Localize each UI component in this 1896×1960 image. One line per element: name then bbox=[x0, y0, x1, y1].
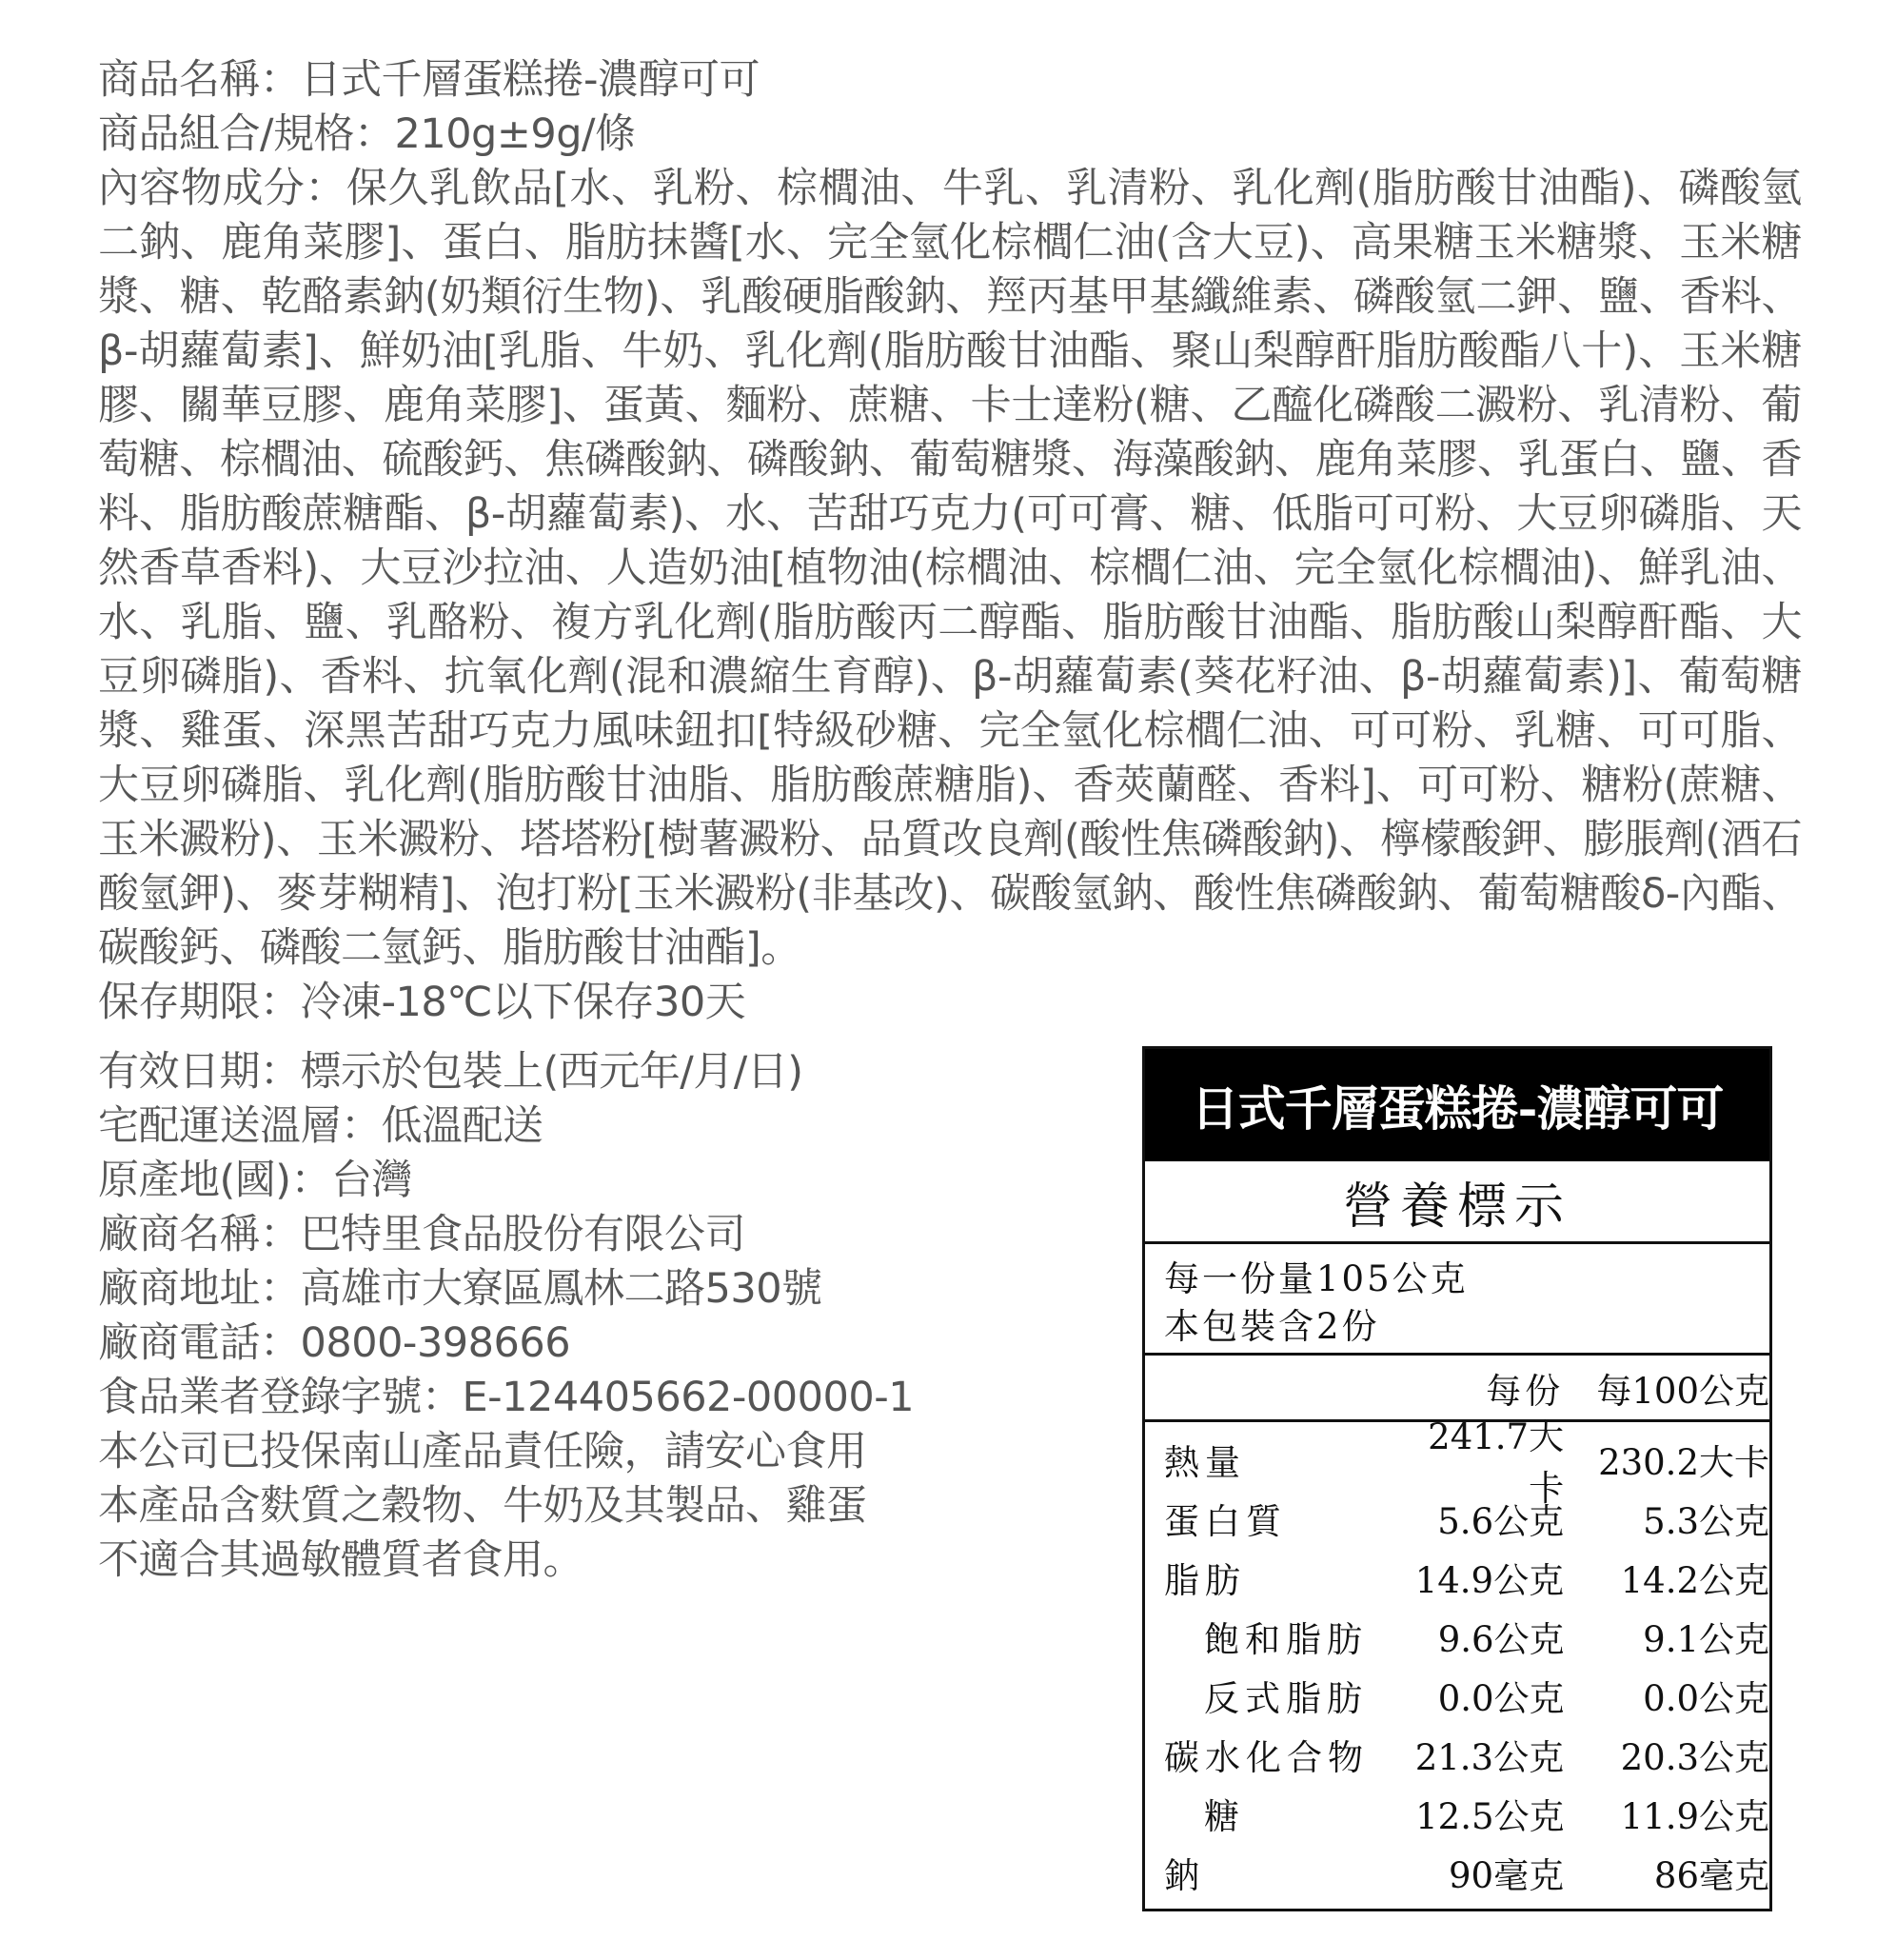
serving-info: 每一份量105公克 本包裝含2份 bbox=[1145, 1244, 1769, 1356]
nutrition-facts-table: 日式千層蛋糕捲-濃醇可可 營養標示 每一份量105公克 本包裝含2份 每份 每1… bbox=[1142, 1046, 1772, 1911]
allergen-line-1: 本產品含麩質之穀物、牛奶及其製品、雞蛋 bbox=[98, 1479, 1097, 1534]
per-serving-value: 21.3公克 bbox=[1393, 1729, 1564, 1780]
allergen-line-2: 不適合其過敏體質者食用。 bbox=[98, 1534, 1097, 1588]
per-serving-value: 0.0公克 bbox=[1394, 1670, 1565, 1721]
nutrient-label: 熱量 bbox=[1145, 1434, 1393, 1485]
insurance-line: 本公司已投保南山產品責任險，請安心食用 bbox=[98, 1425, 1097, 1479]
nutrient-label: 碳水化合物 bbox=[1145, 1729, 1393, 1780]
per-100g-value: 11.9公克 bbox=[1565, 1788, 1769, 1839]
nutrition-row-protein: 蛋白質 5.6公克 5.3公克 bbox=[1145, 1489, 1769, 1548]
origin-line: 原產地(國)：台灣 bbox=[98, 1154, 1097, 1208]
nutrition-row-sugar: 糖 12.5公克 11.9公克 bbox=[1145, 1784, 1769, 1843]
nutrient-label: 脂肪 bbox=[1145, 1552, 1393, 1603]
column-header-per-100g: 每100公克 bbox=[1564, 1362, 1769, 1414]
registration-line: 食品業者登錄字號：E-124405662-00000-1 bbox=[98, 1371, 1097, 1425]
per-serving-value: 9.6公克 bbox=[1394, 1611, 1565, 1662]
product-name-line: 商品名稱：日式千層蛋糕捲-濃醇可可 bbox=[98, 53, 1802, 108]
nutrient-label: 飽和脂肪 bbox=[1145, 1611, 1394, 1662]
spacer bbox=[98, 1030, 1802, 1045]
nutrition-product-title: 日式千層蛋糕捲-濃醇可可 bbox=[1145, 1049, 1769, 1161]
nutrient-label: 糖 bbox=[1145, 1788, 1394, 1839]
nutrition-rows: 熱量 241.7大卡 230.2大卡 蛋白質 5.6公克 5.3公克 脂肪 14… bbox=[1145, 1422, 1769, 1902]
product-details: 有效日期：標示於包裝上(西元年/月/日) 宅配運送溫層：低溫配送 原產地(國)：… bbox=[98, 1045, 1097, 1588]
column-header-per-serving: 每份 bbox=[1393, 1362, 1564, 1414]
per-100g-value: 230.2大卡 bbox=[1564, 1434, 1769, 1485]
nutrition-row-sodium: 鈉 90毫克 86毫克 bbox=[1145, 1843, 1769, 1902]
nutrition-row-saturated-fat: 飽和脂肪 9.6公克 9.1公克 bbox=[1145, 1607, 1769, 1666]
per-100g-value: 5.3公克 bbox=[1564, 1493, 1769, 1544]
per-serving-value: 14.9公克 bbox=[1393, 1552, 1564, 1603]
ingredients-text: 內容物成分：保久乳飲品[水、乳粉、棕櫚油、牛乳、乳清粉、乳化劑(脂肪酸甘油酯)、… bbox=[98, 162, 1802, 976]
servings-per-package: 本包裝含2份 bbox=[1164, 1303, 1769, 1351]
per-100g-value: 14.2公克 bbox=[1564, 1552, 1769, 1603]
per-100g-value: 86毫克 bbox=[1564, 1847, 1769, 1898]
expiry-line: 有效日期：標示於包裝上(西元年/月/日) bbox=[98, 1045, 1097, 1099]
per-serving-value: 90毫克 bbox=[1393, 1847, 1564, 1898]
per-serving-value: 12.5公克 bbox=[1394, 1788, 1565, 1839]
phone-line: 廠商電話：0800-398666 bbox=[98, 1317, 1097, 1371]
serving-size: 每一份量105公克 bbox=[1164, 1256, 1769, 1303]
nutrient-label: 鈉 bbox=[1145, 1847, 1393, 1898]
nutrition-heading: 營養標示 bbox=[1145, 1161, 1769, 1244]
product-spec-line: 商品組合/規格：210g±9g/條 bbox=[98, 108, 1802, 162]
nutrition-row-energy: 熱量 241.7大卡 230.2大卡 bbox=[1145, 1430, 1769, 1489]
nutrient-label: 反式脂肪 bbox=[1145, 1670, 1394, 1721]
shelf-life-line: 保存期限：冷凍-18℃以下保存30天 bbox=[98, 976, 1802, 1030]
nutrition-row-fat: 脂肪 14.9公克 14.2公克 bbox=[1145, 1548, 1769, 1607]
delivery-line: 宅配運送溫層：低溫配送 bbox=[98, 1099, 1097, 1154]
per-100g-value: 20.3公克 bbox=[1564, 1729, 1769, 1780]
nutrition-row-carbohydrate: 碳水化合物 21.3公克 20.3公克 bbox=[1145, 1725, 1769, 1784]
per-100g-value: 0.0公克 bbox=[1565, 1670, 1769, 1721]
per-100g-value: 9.1公克 bbox=[1565, 1611, 1769, 1662]
nutrition-row-trans-fat: 反式脂肪 0.0公克 0.0公克 bbox=[1145, 1666, 1769, 1725]
per-serving-value: 5.6公克 bbox=[1393, 1493, 1564, 1544]
address-line: 廠商地址：高雄市大寮區鳳林二路530號 bbox=[98, 1262, 1097, 1317]
nutrient-label: 蛋白質 bbox=[1145, 1493, 1393, 1544]
manufacturer-line: 廠商名稱：巴特里食品股份有限公司 bbox=[98, 1208, 1097, 1262]
